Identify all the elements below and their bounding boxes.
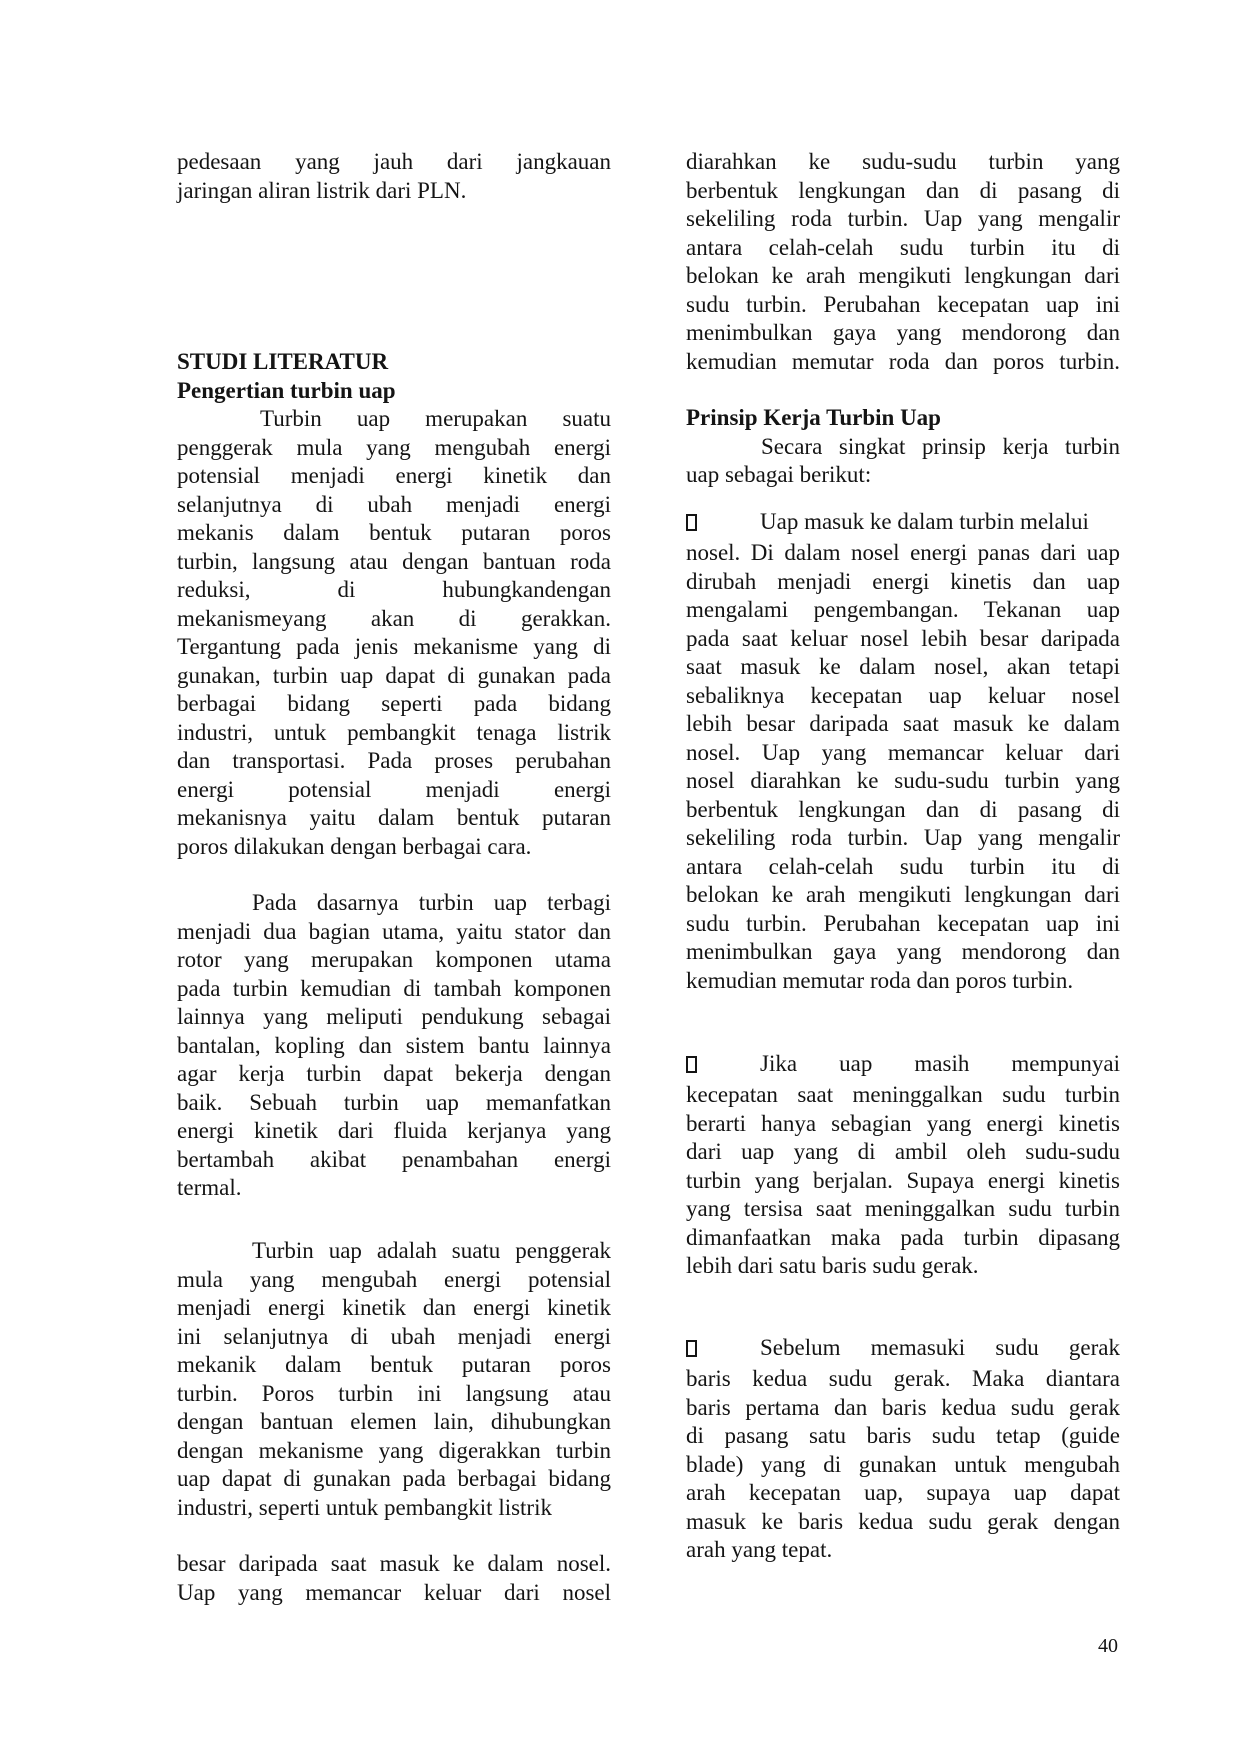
- section-title: STUDI LITERATUR: [177, 348, 611, 377]
- text-line: Secara singkat prinsip kerja turbin: [686, 433, 1120, 462]
- text-line: lebih dari satu baris sudu gerak.: [686, 1252, 1120, 1281]
- text-line: energi potensial menjadi energi: [177, 776, 611, 805]
- text-line: antara celah-celah sudu turbin itu di: [686, 234, 1120, 263]
- text-line: arah yang tepat.: [686, 1536, 1120, 1565]
- bullet-first-line: Sebelum memasuki sudu gerak: [686, 1331, 1120, 1365]
- text-line: mula yang mengubah energi potensial: [177, 1266, 611, 1295]
- text-line: berbentuk lengkungan dan di pasang di: [686, 796, 1120, 825]
- text-line: termal.: [177, 1174, 611, 1203]
- text-line: menjadi energi kinetik dan energi kineti…: [177, 1294, 611, 1323]
- text-line: turbin. Poros turbin ini langsung atau: [177, 1380, 611, 1409]
- text-line: berbentuk lengkungan dan di pasang di: [686, 177, 1120, 206]
- bullet-item-3: Sebelum memasuki sudu gerak baris kedua …: [686, 1331, 1120, 1565]
- bullet-text: Sebelum memasuki sudu gerak: [760, 1331, 1120, 1365]
- paragraph-pengertian-2: Pada dasarnya turbin uap terbagi menjadi…: [177, 889, 611, 1203]
- text-line: nosel diarahkan ke sudu-sudu turbin yang: [686, 767, 1120, 796]
- text-line: kemudian memutar roda dan poros turbin.: [686, 967, 1120, 996]
- text-line: uap dapat di gunakan pada berbagai bidan…: [177, 1465, 611, 1494]
- bullet-first-line: Jika uap masih mempunyai: [686, 1047, 1120, 1081]
- text-line: dimanfaatkan maka pada turbin dipasang: [686, 1224, 1120, 1253]
- text-line: Pada dasarnya turbin uap terbagi: [177, 889, 611, 918]
- text-line: bertambah akibat penambahan energi: [177, 1146, 611, 1175]
- text-line: pedesaan yang jauh dari jangkauan: [177, 148, 611, 177]
- text-line: nosel. Di dalam nosel energi panas dari …: [686, 539, 1120, 568]
- text-line: energi kinetik dari fluida kerjanya yang: [177, 1117, 611, 1146]
- text-line: baris pertama dan baris kedua sudu gerak: [686, 1394, 1120, 1423]
- text-line: ini selanjutnya di ubah menjadi energi: [177, 1323, 611, 1352]
- square-bullet-icon: [686, 514, 697, 531]
- bullet-text: Uap masuk ke dalam turbin melalui: [760, 505, 1120, 539]
- text-line: masuk ke baris kedua sudu gerak dengan: [686, 1508, 1120, 1537]
- text-line: sebaliknya kecepatan uap keluar nosel: [686, 682, 1120, 711]
- text-line: kemudian memutar roda dan poros turbin.: [686, 348, 1120, 377]
- text-line: saat masuk ke dalam nosel, akan tetapi: [686, 653, 1120, 682]
- text-line: belokan ke arah mengikuti lengkungan dar…: [686, 881, 1120, 910]
- text-line: turbin yang berjalan. Supaya energi kine…: [686, 1167, 1120, 1196]
- text-line: sekeliling roda turbin. Uap yang mengali…: [686, 205, 1120, 234]
- text-line: Tergantung pada jenis mekanisme yang di: [177, 633, 611, 662]
- square-bullet-icon: [686, 1340, 697, 1357]
- text-line: menimbulkan gaya yang mendorong dan: [686, 319, 1120, 348]
- bullet-item-2: Jika uap masih mempunyai kecepatan saat …: [686, 1047, 1120, 1281]
- text-line: baik. Sebuah turbin uap memanfatkan: [177, 1089, 611, 1118]
- text-line: arah kecepatan uap, supaya uap dapat: [686, 1479, 1120, 1508]
- intro-paragraph: pedesaan yang jauh dari jangkauan jaring…: [177, 148, 611, 205]
- text-line: menjadi dua bagian utama, yaitu stator d…: [177, 918, 611, 947]
- text-line: selanjutnya di ubah menjadi energi: [177, 491, 611, 520]
- text-line: Uap yang memancar keluar dari nosel: [177, 1579, 611, 1608]
- text-line: menimbulkan gaya yang mendorong dan: [686, 938, 1120, 967]
- text-line: lainnya yang meliputi pendukung sebagai: [177, 1003, 611, 1032]
- text-line: Turbin uap adalah suatu penggerak: [177, 1237, 611, 1266]
- bullet-text: Jika uap masih mempunyai: [760, 1047, 1120, 1081]
- text-line: berbagai bidang seperti pada bidang: [177, 690, 611, 719]
- bullet-item-1: Uap masuk ke dalam turbin melalui nosel.…: [686, 505, 1120, 995]
- text-line: besar daripada saat masuk ke dalam nosel…: [177, 1550, 611, 1579]
- text-line: mekanik dalam bentuk putaran poros: [177, 1351, 611, 1380]
- text-line: potensial menjadi energi kinetik dan: [177, 462, 611, 491]
- text-line: nosel. Uap yang memancar keluar dari: [686, 739, 1120, 768]
- section-studi-literatur: STUDI LITERATUR Pengertian turbin uap: [177, 348, 611, 405]
- subsection-title: Pengertian turbin uap: [177, 377, 611, 406]
- paragraph-pengertian-1: Turbin uap merupakan suatu penggerak mul…: [177, 405, 611, 861]
- text-line: sekeliling roda turbin. Uap yang mengali…: [686, 824, 1120, 853]
- text-line: mekanisnya yaitu dalam bentuk putaran: [177, 804, 611, 833]
- text-line: industri, untuk pembangkit tenaga listri…: [177, 719, 611, 748]
- text-line: mekanis dalam bentuk putaran poros: [177, 519, 611, 548]
- text-line: penggerak mula yang mengubah energi: [177, 434, 611, 463]
- text-line: dengan bantuan elemen lain, dihubungkan: [177, 1408, 611, 1437]
- text-line: agar kerja turbin dapat bekerja dengan: [177, 1060, 611, 1089]
- text-line: sudu turbin. Perubahan kecepatan uap ini: [686, 910, 1120, 939]
- square-bullet-icon: [686, 1056, 697, 1073]
- text-line: poros dilakukan dengan berbagai cara.: [177, 833, 611, 862]
- text-line: industri, seperti untuk pembangkit listr…: [177, 1494, 611, 1523]
- text-line: pada saat keluar nosel lebih besar darip…: [686, 625, 1120, 654]
- text-line: dari uap yang di ambil oleh sudu-sudu: [686, 1138, 1120, 1167]
- text-line: reduksi, di hubungkandengan: [177, 576, 611, 605]
- text-line: mekanismeyang akan di gerakkan.: [177, 605, 611, 634]
- text-line: blade) yang di gunakan untuk mengubah: [686, 1451, 1120, 1480]
- text-line: gunakan, turbin uap dapat di gunakan pad…: [177, 662, 611, 691]
- page-number: 40: [1098, 1634, 1118, 1658]
- text-line: dirubah menjadi energi kinetis dan uap: [686, 568, 1120, 597]
- text-line: pada turbin kemudian di tambah komponen: [177, 975, 611, 1004]
- bullet-first-line: Uap masuk ke dalam turbin melalui: [686, 505, 1120, 539]
- text-line: dan transportasi. Pada proses perubahan: [177, 747, 611, 776]
- paragraph-continuation: besar daripada saat masuk ke dalam nosel…: [177, 1550, 611, 1607]
- section-title: Prinsip Kerja Turbin Uap: [686, 404, 1120, 433]
- text-line: belokan ke arah mengikuti lengkungan dar…: [686, 262, 1120, 291]
- text-line: dengan mekanisme yang digerakkan turbin: [177, 1437, 611, 1466]
- text-line: antara celah-celah sudu turbin itu di: [686, 853, 1120, 882]
- text-line: diarahkan ke sudu-sudu turbin yang: [686, 148, 1120, 177]
- text-line: jaringan aliran listrik dari PLN.: [177, 177, 611, 206]
- text-line: sudu turbin. Perubahan kecepatan uap ini: [686, 291, 1120, 320]
- text-line: rotor yang merupakan komponen utama: [177, 946, 611, 975]
- text-line: Turbin uap merupakan suatu: [177, 405, 611, 434]
- text-line: kecepatan saat meninggalkan sudu turbin: [686, 1081, 1120, 1110]
- text-line: berarti hanya sebagian yang energi kinet…: [686, 1110, 1120, 1139]
- paragraph-pengertian-3: Turbin uap adalah suatu penggerak mula y…: [177, 1237, 611, 1522]
- text-line: di pasang satu baris sudu tetap (guide: [686, 1422, 1120, 1451]
- text-line: uap sebagai berikut:: [686, 461, 1120, 490]
- section-prinsip-kerja: Prinsip Kerja Turbin Uap Secara singkat …: [686, 404, 1120, 490]
- paragraph-continued: diarahkan ke sudu-sudu turbin yang berbe…: [686, 148, 1120, 376]
- text-line: baris kedua sudu gerak. Maka diantara: [686, 1365, 1120, 1394]
- text-line: bantalan, kopling dan sistem bantu lainn…: [177, 1032, 611, 1061]
- text-line: turbin, langsung atau dengan bantuan rod…: [177, 548, 611, 577]
- text-line: mengalami pengembangan. Tekanan uap: [686, 596, 1120, 625]
- text-line: yang tersisa saat meninggalkan sudu turb…: [686, 1195, 1120, 1224]
- text-line: lebih besar daripada saat masuk ke dalam: [686, 710, 1120, 739]
